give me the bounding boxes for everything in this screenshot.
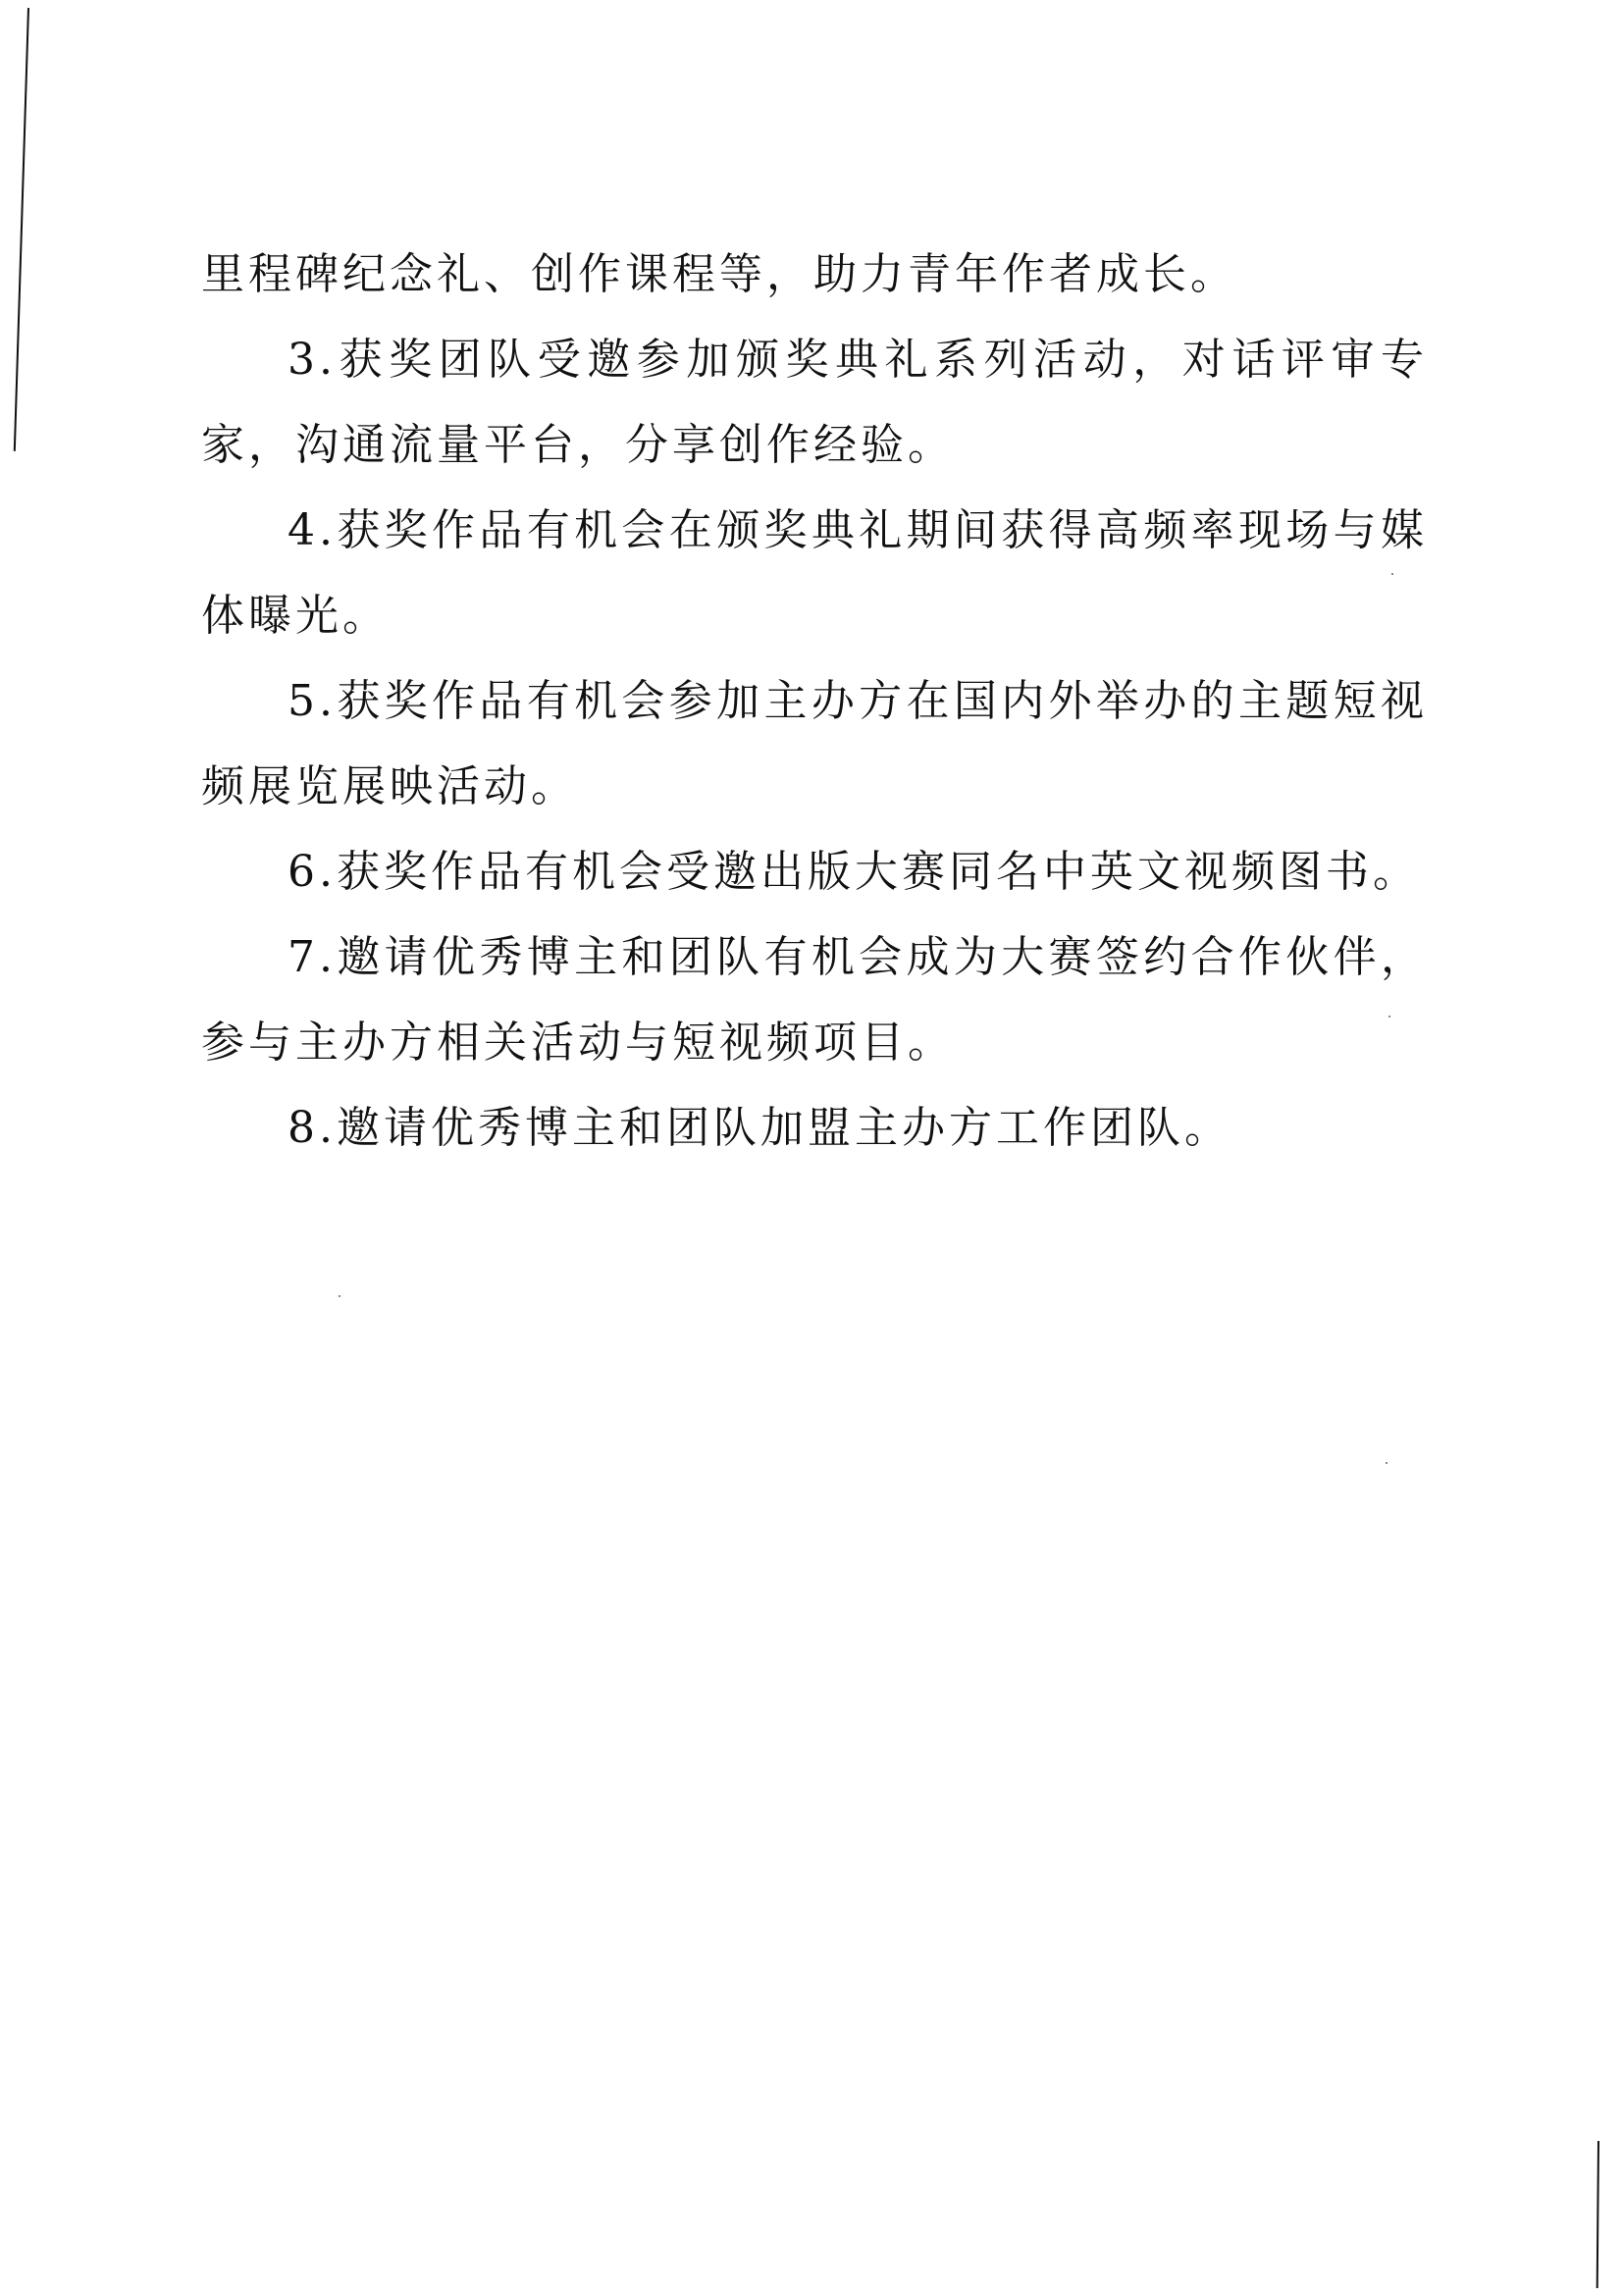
- paragraph-item-8: 8.邀请优秀博主和团队加盟主办方工作团队。: [201, 1085, 1428, 1171]
- paragraph-item-4: 4.获奖作品有机会在颁奖典礼期间获得高频率现场与媒体曝光。: [201, 488, 1428, 658]
- scan-edge-line-right: [1597, 2141, 1599, 2288]
- document-body: 里程碑纪念礼、创作课程等，助力青年作者成长。 3.获奖团队受邀参加颁奖典礼系列活…: [201, 232, 1428, 1171]
- paragraph-item-5: 5.获奖作品有机会参加主办方在国内外举办的主题短视频展览展映活动。: [201, 658, 1428, 829]
- paragraph-item-3: 3.获奖团队受邀参加颁奖典礼系列活动，对话评审专家，沟通流量平台，分享创作经验。: [201, 317, 1428, 488]
- scan-edge-line-left: [14, 8, 29, 451]
- paragraph-continuation: 里程碑纪念礼、创作课程等，助力青年作者成长。: [201, 232, 1428, 317]
- scan-speck: [1386, 1462, 1387, 1464]
- scan-speck: [339, 1295, 340, 1297]
- paragraph-item-7: 7.邀请优秀博主和团队有机会成为大赛签约合作伙伴，参与主办方相关活动与短视频项目…: [201, 914, 1428, 1085]
- scanned-page: 里程碑纪念礼、创作课程等，助力青年作者成长。 3.获奖团队受邀参加颁奖典礼系列活…: [0, 0, 1623, 2296]
- paragraph-item-6: 6.获奖作品有机会受邀出版大赛同名中英文视频图书。: [201, 829, 1428, 914]
